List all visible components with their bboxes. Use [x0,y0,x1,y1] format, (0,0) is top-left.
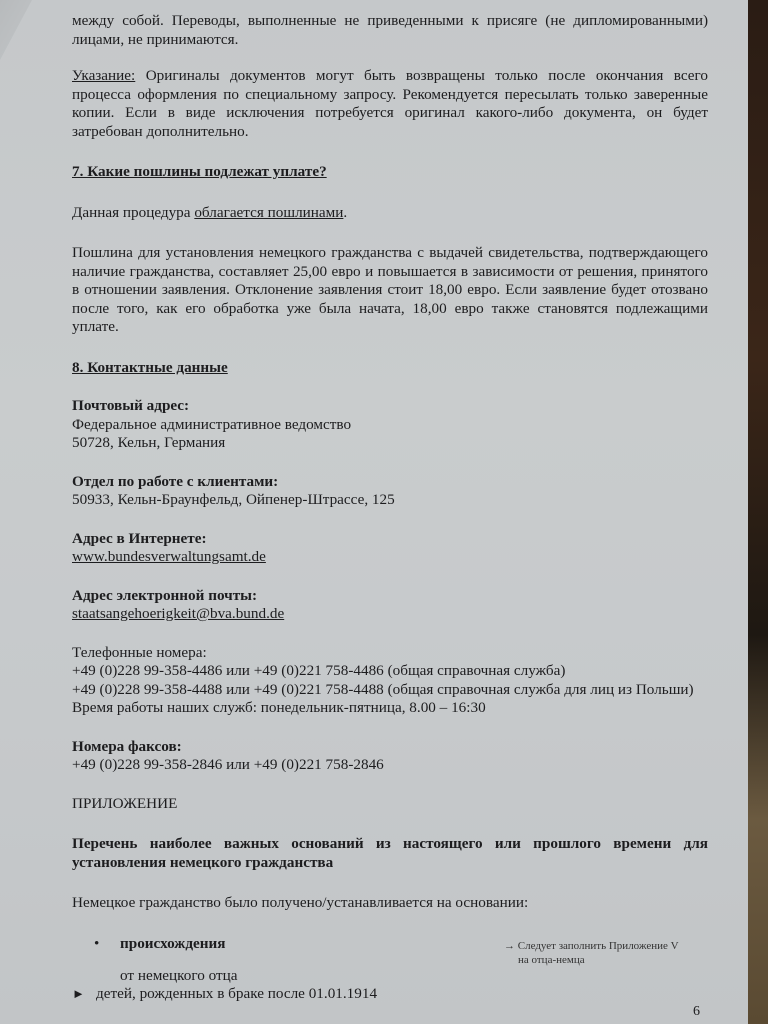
office-hours: Время работы наших служб: понедельник-пя… [72,699,708,718]
page-number: 6 [693,1004,700,1020]
arrow-item: ► детей, рожденных в браке после 01.01.1… [72,985,708,1004]
postal-address-line2: 50728, Кельн, Германия [72,434,708,453]
postal-address-line1: Федеральное административное ведомство [72,416,708,435]
bullet-icon: • [94,935,99,954]
arrow-item-text: детей, рожденных в браке после 01.01.191… [96,985,377,1002]
side-note: → Следует заполнить Приложение V на отца… [504,939,679,967]
website-link[interactable]: www.bundesverwaltungsamt.de [72,548,266,565]
bullet-label: происхождения [120,935,225,954]
fees-statement: Данная процедура облагается пошлинами. [72,204,708,223]
section-7-heading: 7. Какие пошлины подлежат уплате? [72,163,708,182]
page-content: между собой. Переводы, выполненные не пр… [72,12,708,1004]
fees-statement-suffix: . [343,204,347,221]
appendix-intro: Немецкое гражданство было получено/устан… [72,894,708,913]
phone-line-1: +49 (0)228 99-358-4486 или +49 (0)221 75… [72,662,708,681]
phone-line-2: +49 (0)228 99-358-4488 или +49 (0)221 75… [72,681,708,700]
side-note-line2: на отца-немца [504,953,679,967]
fees-paragraph: Пошлина для установления немецкого гражд… [72,244,708,337]
appendix-heading: Перечень наиболее важных оснований из на… [72,835,708,872]
side-note-line1: → Следует заполнить Приложение V [504,939,679,953]
email-link[interactable]: staatsangehoerigkeit@bva.bund.de [72,605,284,622]
note-label: Указание: [72,67,135,84]
postal-address-label: Почтовый адрес: [72,397,708,416]
fax-label: Номера факсов: [72,738,708,757]
note-paragraph: Указание: Оригиналы документов могут быт… [72,67,708,141]
fax-line: +49 (0)228 99-358-2846 или +49 (0)221 75… [72,756,708,775]
sub-line: от немецкого отца [72,967,708,986]
document-page: между собой. Переводы, выполненные не пр… [0,0,748,1024]
client-dept-label: Отдел по работе с клиентами: [72,473,708,492]
note-text: Оригиналы документов могут быть возвраще… [72,67,708,140]
phones-label: Телефонные номера: [72,644,708,663]
bullet-item-descent: • происхождения → Следует заполнить Прил… [72,935,708,953]
fees-link: облагается пошлинами [194,204,343,221]
web-label: Адрес в Интернете: [72,530,708,549]
fees-statement-prefix: Данная процедура [72,204,194,221]
triangle-arrow-icon: ► [72,985,85,1004]
appendix-title: ПРИЛОЖЕНИЕ [72,795,708,814]
client-dept-address: 50933, Кельн-Браунфельд, Ойпенер-Штрассе… [72,491,708,510]
page-fold-shadow [0,0,60,120]
email-label: Адрес электронной почты: [72,587,708,606]
intro-paragraph: между собой. Переводы, выполненные не пр… [72,12,708,49]
section-8-heading: 8. Контактные данные [72,359,708,378]
